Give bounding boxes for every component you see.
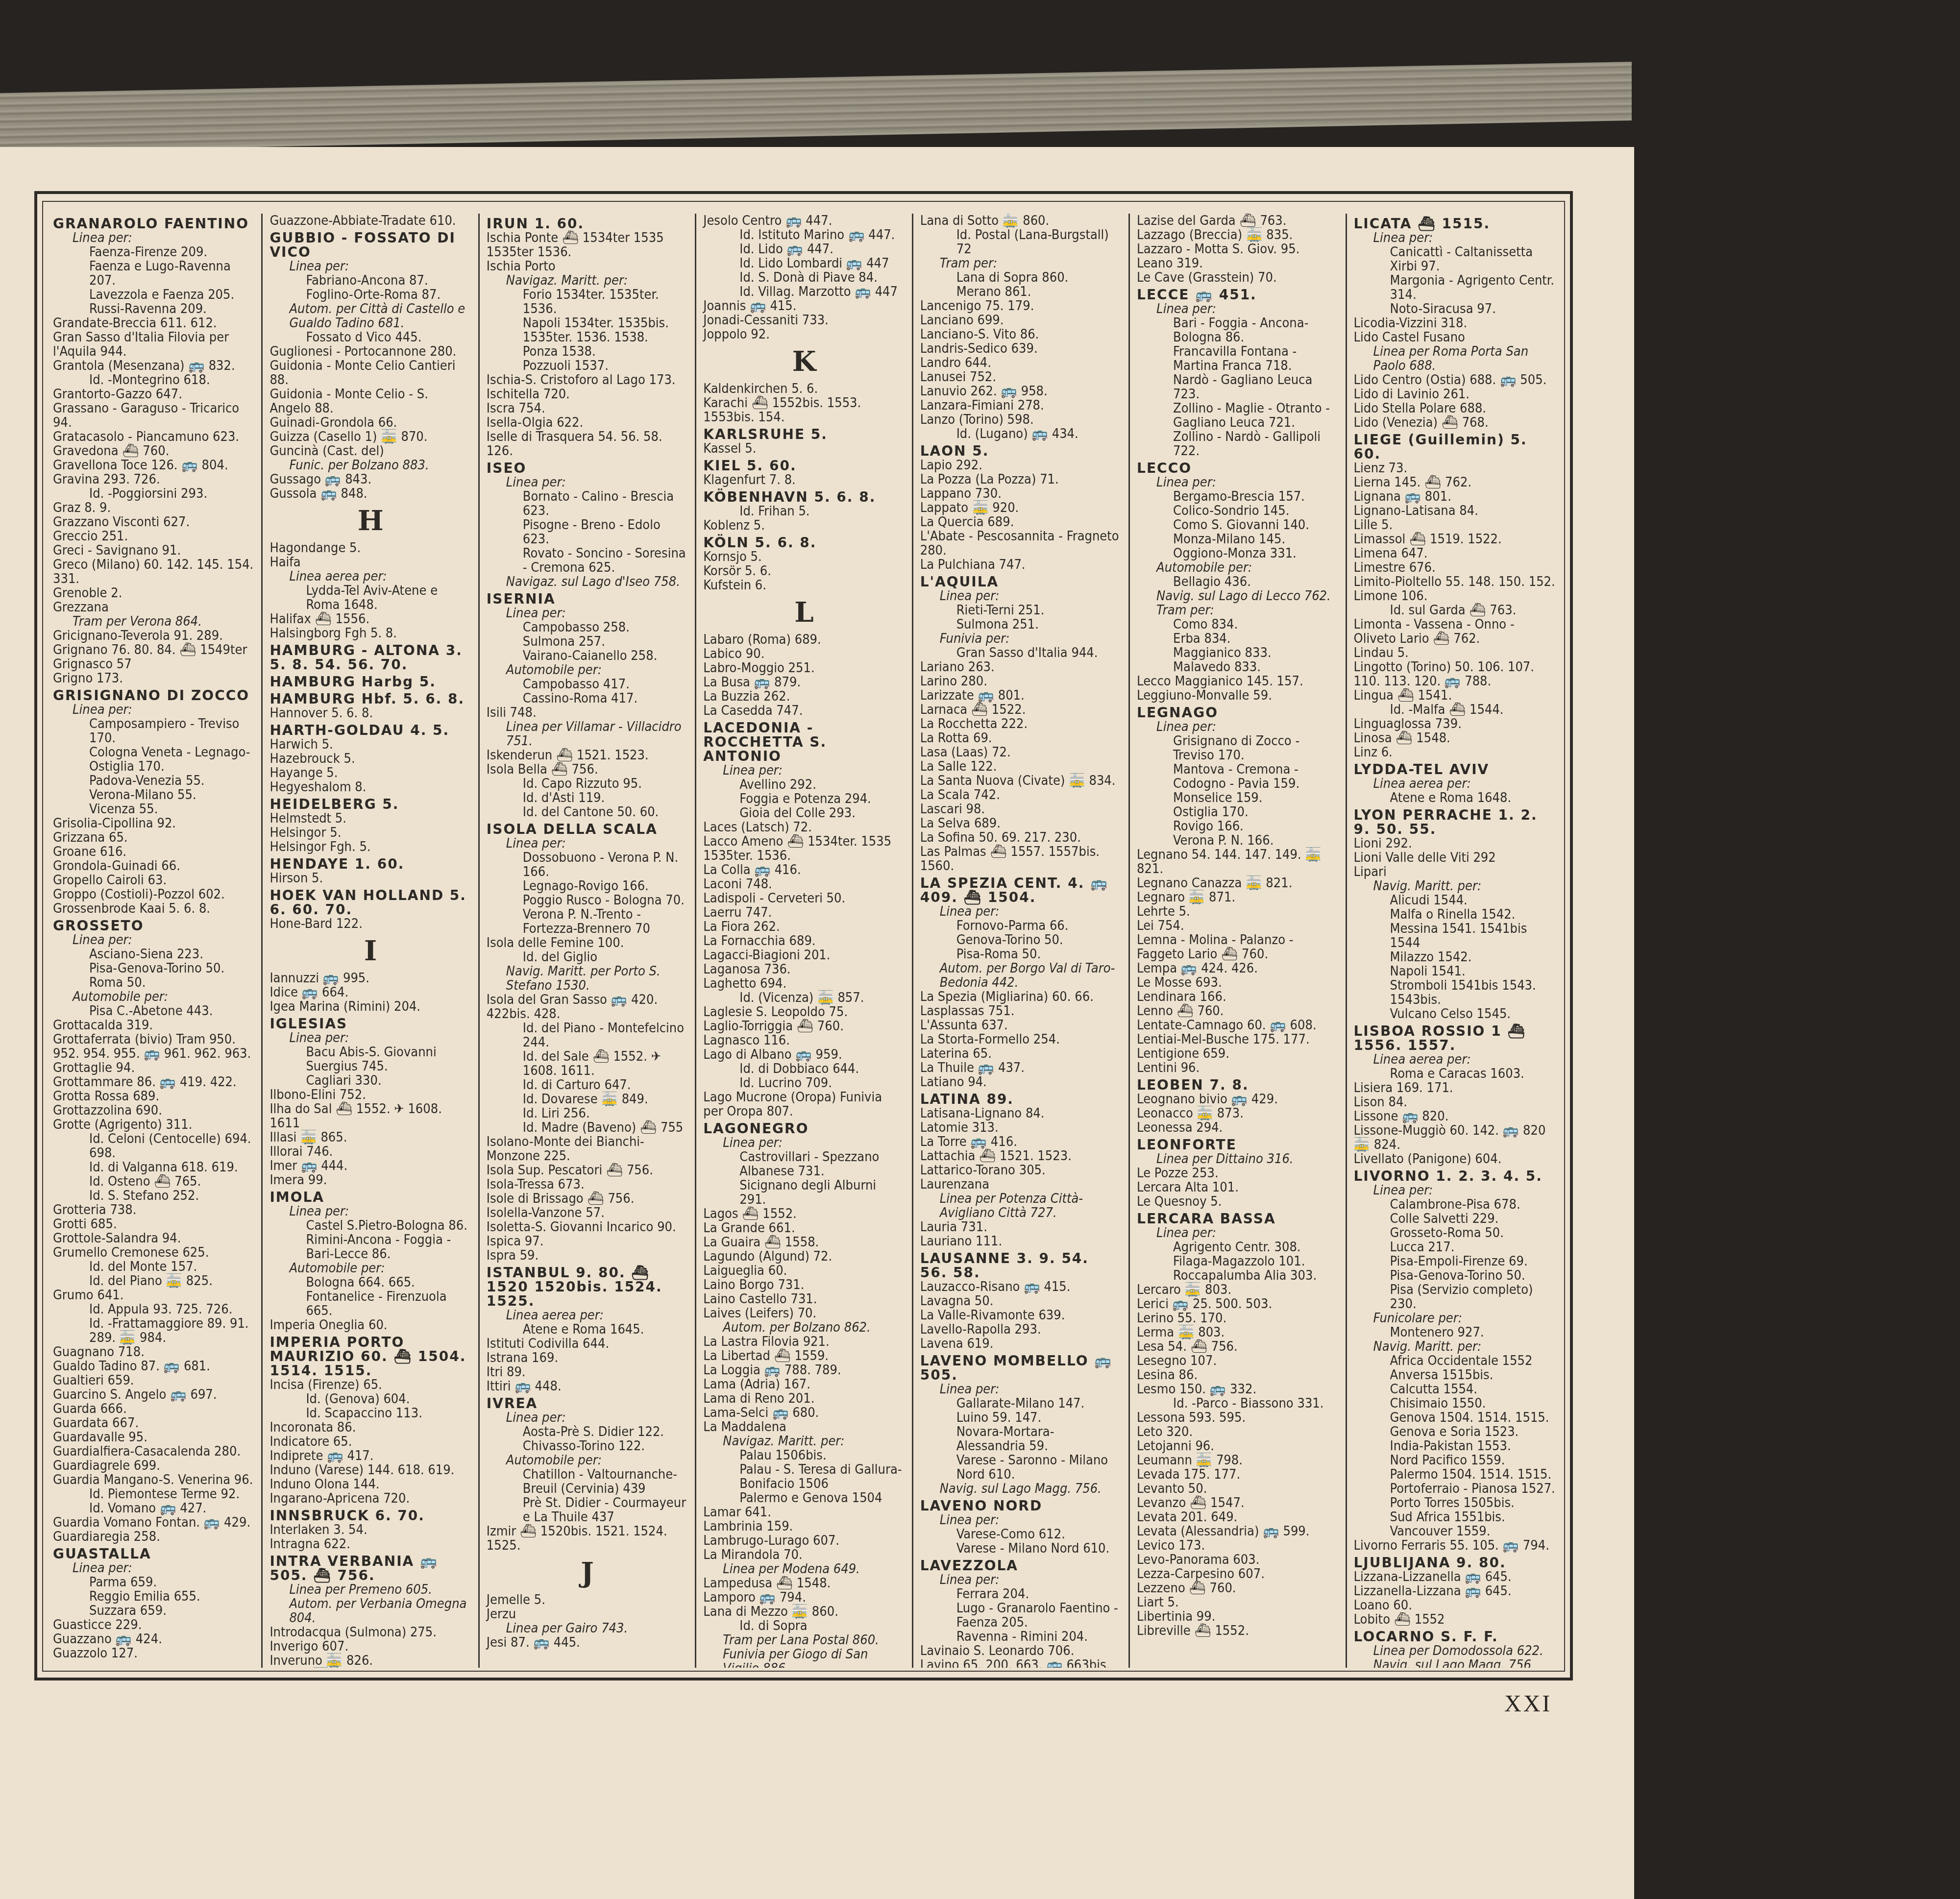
index-sub-entry: Dossobuono - Verona P. N. 166. [487,851,688,879]
index-route-label: Funivia per: [920,632,1122,646]
index-entry: La Pozza (La Pozza) 71. [920,472,1122,487]
index-entry: Lanuvio 262. 🚌 958. [920,384,1122,398]
index-entry: Istrana 169. [487,1351,688,1365]
index-entry: Ladispoli - Cerveteri 50. [703,891,905,905]
index-entry: Groane 616. [53,845,254,859]
index-sub-entry: Montenero 927. [1354,1325,1555,1339]
index-sub-entry: Castel S.Pietro-Bologna 86. [269,1218,471,1233]
index-sub-entry: Sulmona 257. [487,634,688,649]
index-sub-entry: Cagliari 330. [269,1073,471,1088]
index-station-heading: INNSBRUCK 6. 70. [269,1509,471,1523]
index-entry: Isole di Brissago ⛴ 756. [487,1192,688,1206]
index-station-heading: IMOLA [269,1190,471,1204]
index-sub-entry: Sulmona 251. [920,617,1122,632]
index-entry: La Quercia 689. [920,515,1122,529]
index-entry: Levico 173. [1137,1538,1338,1553]
index-entry: Ingarano-Apricena 720. [269,1491,471,1506]
index-sub-entry: Id. Madre (Baveno) ⛴ 755 [487,1120,688,1135]
index-sub-entry: Pisa-Genova-Torino 50. [53,961,254,975]
index-sub-entry: Sicignano degli Alburni 291. [703,1178,905,1207]
index-route-label: Funic. per Bolzano 883. [269,458,471,472]
index-entry: Gravellona Toce 126. 🚌 804. [53,458,254,472]
index-sub-entry: Id. -Frattamaggiore 89. 91. 289. 🚋 984. [53,1316,254,1345]
index-entry: Libreville ⛴ 1552. [1137,1624,1338,1638]
index-entry: Guasticce 229. [53,1618,254,1632]
index-entry: La Storta-Formello 254. [920,1032,1122,1047]
index-entry: Levanzo ⛴ 1547. [1137,1496,1338,1510]
index-sub-entry: Napoli 1541. [1354,964,1555,978]
index-sub-entry: Id. -Poggiorsini 293. [53,487,254,501]
index-sub-entry: Stromboli 1541bis 1543. 1543bis. [1354,978,1555,1007]
index-route-label: Linea per: [53,933,254,947]
index-station-heading: LECCO [1137,461,1338,475]
index-sub-entry: Id. Vomano 🚌 427. [53,1501,254,1515]
index-sub-entry: Id. di Dobbiaco 644. [703,1062,905,1076]
index-entry: Levata (Alessandria) 🚌 599. [1137,1524,1338,1538]
index-sub-entry: Chatillon - Valtournanche-Breuil (Cervin… [487,1467,688,1496]
index-sub-entry: Africa Occidentale 1552 [1354,1354,1555,1368]
index-entry: Limito-Pioltello 55. 148. 150. 152. [1354,575,1555,589]
index-entry: Gravina 293. 726. [53,472,254,487]
index-entry: Grassano - Garaguso - Tricarico 94. [53,401,254,430]
index-entry: Lecco Maggianico 145. 157. [1137,674,1338,688]
index-entry: La Spezia (Migliarina) 60. 66. [920,990,1122,1004]
index-entry: Lauriano 111. [920,1234,1122,1248]
index-route-label: Linea per Premeno 605. [269,1582,471,1597]
index-entry: Lille 5. [1354,518,1555,532]
index-sub-entry: Id. del Piano 🚋 825. [53,1274,254,1288]
index-entry: Laghetto 694. [703,976,905,991]
index-entry: Jonadi-Cessaniti 733. [703,313,905,327]
index-entry: Iannuzzi 🚌 995. [269,971,471,985]
index-entry: Lido Castel Fusano [1354,330,1555,344]
index-entry: Lanzo (Torino) 598. [920,413,1122,427]
index-route-label: Autom. per Bolzano 862. [703,1320,905,1335]
index-sub-entry: Calambrone-Pisa 678. [1354,1197,1555,1212]
index-entry: Ilbono-Elini 752. [269,1088,471,1102]
index-entry: Lierna 145. ⛴ 762. [1354,475,1555,489]
index-station-heading: LJUBLIJANA 9. 80. [1354,1556,1555,1570]
index-sub-entry: Lana di Sopra 860. [920,270,1122,285]
index-entry: Le Mosse 693. [1137,975,1338,990]
index-entry: Limena 647. [1354,546,1555,560]
index-entry: Indiprete 🚌 417. [269,1449,471,1463]
index-entry: Lascari 98. [920,802,1122,816]
index-sub-entry: Napoli 1534ter. 1535bis. 1535ter. 1536. … [487,316,688,344]
index-entry: Helsingor 5. [269,826,471,840]
index-route-label: Navig. sul Lago Magg. 756. [920,1482,1122,1496]
index-sub-entry: Id. -Montegrino 618. [53,373,254,387]
index-entry: Isola Bella ⛴ 756. [487,762,688,777]
index-entry: Grottaglie 94. [53,1061,254,1075]
index-route-label: Linea per: [920,1513,1122,1527]
index-sub-entry: Id. del Giglio [487,950,688,964]
index-entry: Libertinia 99. [1137,1609,1338,1624]
index-sub-entry: Lucca 217. [1354,1240,1555,1254]
index-entry: Larnaca ⛴ 1522. [920,703,1122,717]
index-entry: Grezzana [53,600,254,614]
index-route-label: Linea per: [269,259,471,273]
index-entry: Greccio 251. [53,529,254,543]
index-entry: Ischia Ponte ⛴ 1534ter 1535 1535ter 1536… [487,231,688,259]
index-entry: Lagacci-Biagioni 201. [703,948,905,962]
index-sub-entry: Id. Capo Rizzuto 95. [487,777,688,791]
index-entry: La Lastra Filovia 921. [703,1335,905,1349]
index-entry: Leto 320. [1137,1425,1338,1439]
index-entry: Ischia Porto [487,259,688,273]
index-entry: Lanzara-Fimiani 278. [920,398,1122,413]
index-entry: Lehrte 5. [1137,904,1338,919]
index-entry: Guglionesi - Portocannone 280. [269,344,471,359]
index-sub-entry: Id. Lucrino 709. [703,1076,905,1090]
index-sub-entry: Alicudi 1544. [1354,893,1555,907]
index-entry: Lappano 730. [920,487,1122,501]
index-sub-entry: Foglino-Orte-Roma 87. [269,288,471,302]
index-sub-entry: Ostiglia 170. [1137,805,1338,819]
index-entry: Leonessa 294. [1137,1120,1338,1135]
index-column-3: IRUN 1. 60.Ischia Ponte ⛴ 1534ter 1535 1… [480,214,696,1668]
index-sub-entry: Id. Lido 🚌 447. [703,242,905,256]
index-route-label: Linea per: [1137,302,1338,316]
index-sub-entry: Russi-Ravenna 209. [53,302,254,316]
index-sub-entry: Forio 1534ter. 1535ter. 1536. [487,288,688,316]
index-column-5: Lana di Sotto 🚋 860.Id. Postal (Lana-Bur… [913,214,1130,1668]
index-station-heading: LYDDA-TEL AVIV [1354,762,1555,777]
index-entry: Lisiera 169. 171. [1354,1081,1555,1095]
index-sub-entry: Pisa-Empoli-Firenze 69. [1354,1254,1555,1268]
index-sub-entry: Castrovillari - Spezzano Albanese 731. [703,1150,905,1178]
book-page-edges [0,62,1632,152]
index-entry: Graz 8. 9. [53,501,254,515]
index-entry: Guidonia - Monte Celio Cantieri 88. [269,359,471,387]
index-sub-entry: Id. Osteno ⛴ 765. [53,1174,254,1189]
index-entry: Isolano-Monte dei Bianchi-Monzone 225. [487,1135,688,1163]
index-entry: Lanciano-S. Vito 86. [920,327,1122,341]
index-entry: La Colla 🚌 416. [703,863,905,877]
index-entry: Incisa (Firenze) 65. [269,1378,471,1392]
index-entry: Grandate-Breccia 611. 612. [53,316,254,330]
index-entry: Gussago 🚌 843. [269,472,471,487]
index-sub-entry: Cologna Veneta - Legnago-Ostiglia 170. [53,745,254,774]
index-entry: Idice 🚌 664. [269,985,471,999]
index-sub-entry: Luino 59. 147. [920,1411,1122,1425]
index-entry: Lido Centro (Ostia) 688. 🚌 505. [1354,373,1555,387]
index-station-heading: LAON 5. [920,444,1122,458]
index-station-heading: KÖBENHAVN 5. 6. 8. [703,490,905,504]
index-station-heading: HAMBURG - ALTONA 3. 5. 8. 54. 56. 70. [269,643,471,672]
index-route-label: Navigaz. Maritt. per: [703,1434,905,1448]
index-sub-entry: Nardò - Gagliano Leuca 723. [1137,373,1338,401]
index-entry: Guncinà (Cast. del) [269,444,471,458]
index-entry: Levo-Panorama 603. [1137,1553,1338,1567]
index-route-label: Navig. sul Lago di Lecco 762. [1137,589,1338,603]
index-station-heading: LACEDONIA - ROCCHETTA S. ANTONIO [703,721,905,763]
index-sub-entry: Fontanelice - Firenzuola 665. [269,1290,471,1318]
index-route-label: Linea per: [1137,475,1338,489]
index-sub-entry: Malavedo 833. [1137,660,1338,674]
index-entry: Lesa 54. ⛴ 756. [1137,1339,1338,1354]
index-sub-entry: Verona P. N. 166. [1137,833,1338,848]
index-letter-divider: I [269,934,471,968]
index-entry: Lerino 55. 170. [1137,1311,1338,1325]
index-entry: Grignano 76. 80. 84. ⛴ 1549ter [53,643,254,657]
index-sub-entry: India-Pakistan 1553. [1354,1439,1555,1453]
index-entry: Lauria 731. [920,1220,1122,1234]
index-entry: La Selva 689. [920,816,1122,830]
index-station-heading: IGLESIAS [269,1017,471,1031]
index-entry: Gratacasolo - Piancamuno 623. [53,430,254,444]
index-sub-entry: Poggio Rusco - Bologna 70. [487,893,688,907]
index-sub-entry: Id. -Parco - Biassono 331. [1137,1396,1338,1411]
index-sub-entry: Id. di Sopra [703,1619,905,1633]
index-route-label: Navig. sul Lago Magg. 756 [1354,1658,1555,1668]
index-route-label: Linea aerea per: [1354,1052,1555,1067]
index-sub-entry: Avellino 292. [703,778,905,792]
index-entry: Ilha do Sal ⛴ 1552. ✈ 1608. 1611 [269,1102,471,1130]
index-route-label: Funivia per Giogo di San Vigilio 886. [703,1647,905,1668]
index-sub-entry: Atene e Roma 1648. [1354,791,1555,805]
index-entry: Isoletta-S. Giovanni Incarico 90. [487,1220,688,1234]
index-entry: Laconi 748. [703,877,905,891]
index-entry: Imperia Oneglia 60. [269,1318,471,1332]
index-entry: Lancenigo 75. 179. [920,299,1122,313]
index-sub-entry: Porto Torres 1505bis. [1354,1496,1555,1510]
index-entry: Lison 84. [1354,1095,1555,1109]
index-entry: Lavena 619. [920,1337,1122,1351]
index-entry: Grossenbrode Kaai 5. 6. 8. [53,901,254,916]
index-entry: Linosa ⛴ 1548. [1354,731,1555,745]
index-sub-entry: Id. Scapaccino 113. [269,1406,471,1420]
index-entry: Hone-Bard 122. [269,917,471,931]
index-station-heading: LAVEZZOLA [920,1558,1122,1573]
index-sub-entry: Mantova - Cremona - Codogno - Pavia 159. [1137,762,1338,791]
index-entry: Lama di Reno 201. [703,1391,905,1406]
index-route-label: Linea per Dittaino 316. [1137,1152,1338,1166]
index-entry: Guinadi-Grondola 66. [269,415,471,430]
index-entry: Harwich 5. [269,737,471,752]
index-entry: Isella-Olgia 622. [487,415,688,430]
index-entry: Laglio-Torriggia ⛴ 760. [703,1019,905,1033]
index-sub-entry: Id. del Sale ⛴ 1552. ✈ 1608. 1611. [487,1049,688,1078]
index-station-heading: LAUSANNE 3. 9. 54. 56. 58. [920,1251,1122,1280]
index-entry: Lingotto (Torino) 50. 106. 107. 110. 113… [1354,660,1555,688]
index-column-6: Lazise del Garda ⛴ 763.Lazzago (Breccia)… [1130,214,1347,1668]
index-entry: Labico 90. [703,647,905,661]
index-sub-entry: Sud Africa 1551bis. [1354,1510,1555,1524]
index-sub-entry: Prè St. Didier - Courmayeur e La Thuile … [487,1496,688,1524]
index-entry: Lana di Mezzo 🚋 860. [703,1605,905,1619]
index-sub-entry: Noto-Siracusa 97. [1354,302,1555,316]
index-entry: Lesmo 150. 🚌 332. [1137,1382,1338,1396]
index-station-heading: LATINA 89. [920,1092,1122,1106]
index-entry: Grotta Rossa 689. [53,1089,254,1103]
index-entry: Lezza-Carpesino 607. [1137,1567,1338,1581]
index-sub-entry: Id. (Lugano) 🚌 434. [920,427,1122,441]
index-entry: La Libertad ⛴ 1559. [703,1349,905,1363]
index-sub-entry: Id. Postal (Lana-Burgstall) 72 [920,228,1122,256]
index-entry: La Scala 742. [920,788,1122,802]
index-station-heading: HAMBURG Hbf. 5. 6. 8. [269,692,471,706]
index-sub-entry: Margonia - Agrigento Centr. 314. [1354,273,1555,302]
index-entry: Latiano 94. [920,1075,1122,1089]
index-station-heading: LEGNAGO [1137,706,1338,720]
index-route-label: Linea per: [269,1204,471,1218]
index-entry: Lagnasco 116. [703,1033,905,1047]
index-sub-entry: Faenza-Firenze 209. [53,245,254,259]
index-sub-entry: Roccapalumba Alia 303. [1137,1268,1338,1283]
index-entry: Grottammare 86. 🚌 419. 422. [53,1075,254,1089]
index-sub-entry: Vancouver 1559. [1354,1524,1555,1538]
index-entry: Grumo 641. [53,1288,254,1302]
index-entry: Lerici 🚌 25. 500. 503. [1137,1297,1338,1311]
index-entry: Grottazzolina 690. [53,1103,254,1118]
index-route-label: Linea per: [920,589,1122,603]
index-entry: Ittiri 🚌 448. [487,1379,688,1393]
index-sub-entry: Pozzuoli 1537. [487,359,688,373]
index-entry: Leggiuno-Monvalle 59. [1137,688,1338,703]
index-entry: Ispica 97. [487,1234,688,1248]
index-sub-entry: Id. del Cantone 50. 60. [487,805,688,819]
index-entry: La Casedda 747. [703,704,905,718]
index-sub-entry: Zollino - Nardò - Gallipoli 722. [1137,430,1338,458]
index-sub-entry: Palermo e Genova 1504 [703,1491,905,1505]
index-sub-entry: Francavilla Fontana - Martina Franca 718… [1137,344,1338,373]
index-station-heading: HAMBURG Harbg 5. [269,675,471,689]
index-entry: Lemna - Molina - Palanzo - Faggeto Lario… [1137,933,1338,961]
index-route-label: Linea per: [487,1411,688,1425]
index-entry: Lingua ⛴ 1541. [1354,688,1555,703]
index-entry: Hagondange 5. [269,541,471,555]
index-sub-entry: Id. S. Stefano 252. [53,1189,254,1203]
index-station-heading: LICATA ⛴ 1515. [1354,217,1555,231]
index-entry: Guardiagrele 699. [53,1459,254,1473]
index-route-label: Autom. per Borgo Val di Taro-Bedonia 442… [920,961,1122,990]
index-route-label: Navigaz. sul Lago d'Iseo 758. [487,575,688,589]
index-entry: Koblenz 5. [703,518,905,533]
index-entry: Introdacqua (Sulmona) 275. [269,1625,471,1639]
index-entry: Latomie 313. [920,1120,1122,1135]
index-entry: Lambrugo-Lurago 607. [703,1534,905,1548]
index-entry: Halifax ⛴ 1556. [269,612,471,626]
index-station-heading: LOCARNO S. F. F. [1354,1630,1555,1644]
index-entry: Kufstein 6. [703,578,905,592]
index-sub-entry: Ravenna - Rimini 204. [920,1630,1122,1644]
index-entry: Lioni Valle delle Viti 292 [1354,851,1555,865]
index-station-heading: ISEO [487,461,688,475]
index-entry: Jesi 87. 🚌 445. [487,1635,688,1650]
index-sub-entry: Bologna 664. 665. [269,1275,471,1290]
index-entry: Lanusei 752. [920,370,1122,384]
index-entry: Lagos ⛴ 1552. [703,1207,905,1221]
index-entry: Lazise del Garda ⛴ 763. [1137,214,1338,228]
index-entry: Imera 99. [269,1173,471,1187]
index-sub-entry: Genova 1504. 1514. 1515. [1354,1411,1555,1425]
index-entry: Karachi ⛴ 1552bis. 1553. 1553bis. 154. [703,396,905,424]
index-entry: Hannover 5. 6. 8. [269,706,471,720]
index-entry: Lesina 86. [1137,1368,1338,1382]
index-sub-entry: Filaga-Magazzolo 101. [1137,1254,1338,1268]
index-entry: Lissone 🚌 820. [1354,1109,1555,1123]
index-route-label: Linea per: [487,836,688,851]
index-entry: Guardiaregia 258. [53,1530,254,1544]
index-entry: L'Abate - Pescosannita - Fragneto 280. [920,529,1122,558]
index-entry: Grantorto-Gazzo 647. [53,387,254,401]
index-entry: Le Cave (Grasstein) 70. [1137,270,1338,285]
index-entry: Laigueglia 60. [703,1264,905,1278]
index-entry: Klagenfurt 7. 8. [703,473,905,487]
index-sub-entry: Id. Lido Lombardi 🚌 447 [703,256,905,270]
index-sub-entry: Id. del Piano - Montefelcino 244. [487,1021,688,1049]
index-sub-entry: Legnago-Rovigo 166. [487,879,688,893]
index-sub-entry: Como 834. [1137,617,1338,632]
index-entry: Lido Stella Polare 688. [1354,401,1555,415]
index-route-label: Automobile per: [53,990,254,1004]
index-entry: Guidonia - Monte Celio - S. Angelo 88. [269,387,471,415]
index-entry: Igea Marina (Rimini) 204. [269,999,471,1014]
index-sub-entry: Maggianico 833. [1137,646,1338,660]
index-station-heading: LEOBEN 7. 8. [1137,1078,1338,1092]
index-route-label: Automobile per: [487,663,688,677]
index-entry: Lido di Lavinio 261. [1354,387,1555,401]
index-entry: Jemelle 5. [487,1593,688,1607]
index-entry: Laino Castello 731. [703,1292,905,1306]
index-station-heading: KARLSRUHE 5. [703,427,905,441]
index-sub-entry: Id. di Carturo 647. [487,1078,688,1092]
index-station-heading: LERCARA BASSA [1137,1212,1338,1226]
index-station-heading: LAVENO NORD [920,1499,1122,1513]
index-entry: Guardata 667. [53,1416,254,1430]
index-route-label: Linea per: [487,475,688,489]
index-station-heading: HOEK VAN HOLLAND 5. 6. 60. 70. [269,888,471,917]
index-sub-entry: Roma e Caracas 1603. [1354,1067,1555,1081]
index-entry: Helmstedt 5. [269,811,471,826]
index-route-label: Automobile per: [1137,560,1338,575]
index-entry: Lenno ⛴ 760. [1137,1004,1338,1018]
index-entry: Isola delle Femine 100. [487,936,688,950]
index-sub-entry: Chivasso-Torino 122. [487,1439,688,1453]
index-station-heading: GRISIGNANO DI ZOCCO [53,688,254,703]
index-entry: Lattarico-Torano 305. [920,1163,1122,1177]
index-sub-entry: Varese - Milano Nord 610. [920,1541,1122,1556]
index-sub-entry: Calcutta 1554. [1354,1382,1555,1396]
index-entry: L'Assunta 637. [920,1018,1122,1032]
index-entry: La Sofina 50. 69. 217. 230. [920,830,1122,845]
index-entry: Lindau 5. [1354,646,1555,660]
index-sub-entry: Verona-Milano 55. [53,788,254,802]
index-entry: Laganosa 736. [703,962,905,976]
index-entry: Gran Sasso d'Italia Filovia per l'Aquila… [53,330,254,359]
index-entry: Hegyeshalom 8. [269,780,471,794]
index-sub-entry: Colico-Sondrio 145. [1137,504,1338,518]
index-route-label: Funicolare per: [1354,1311,1555,1325]
index-entry: La Salle 122. [920,759,1122,774]
index-route-label: Linea aerea per: [487,1308,688,1322]
index-entry: Linguaglossa 739. [1354,717,1555,731]
index-station-heading: IVREA [487,1396,688,1411]
index-column-1: GRANAROLO FAENTINOLinea per:Faenza-Firen… [46,214,263,1668]
index-entry: Labro-Moggio 251. [703,661,905,675]
index-entry: Guardavalle 95. [53,1430,254,1444]
index-entry: Isolella-Vanzone 57. [487,1206,688,1220]
index-sub-entry: Fabriano-Ancona 87. [269,273,471,288]
index-entry: Landris-Sedico 639. [920,341,1122,356]
index-entry: Imer 🚌 444. [269,1159,471,1173]
index-sub-entry: Suzzara 659. [53,1604,254,1618]
index-route-label: Tram per Lana Postal 860. [703,1633,905,1647]
index-sub-entry: Faenza e Lugo-Ravenna 207. [53,259,254,288]
index-sub-entry: Id. Frihan 5. [703,504,905,518]
index-route-label: Linea per: [1354,231,1555,245]
